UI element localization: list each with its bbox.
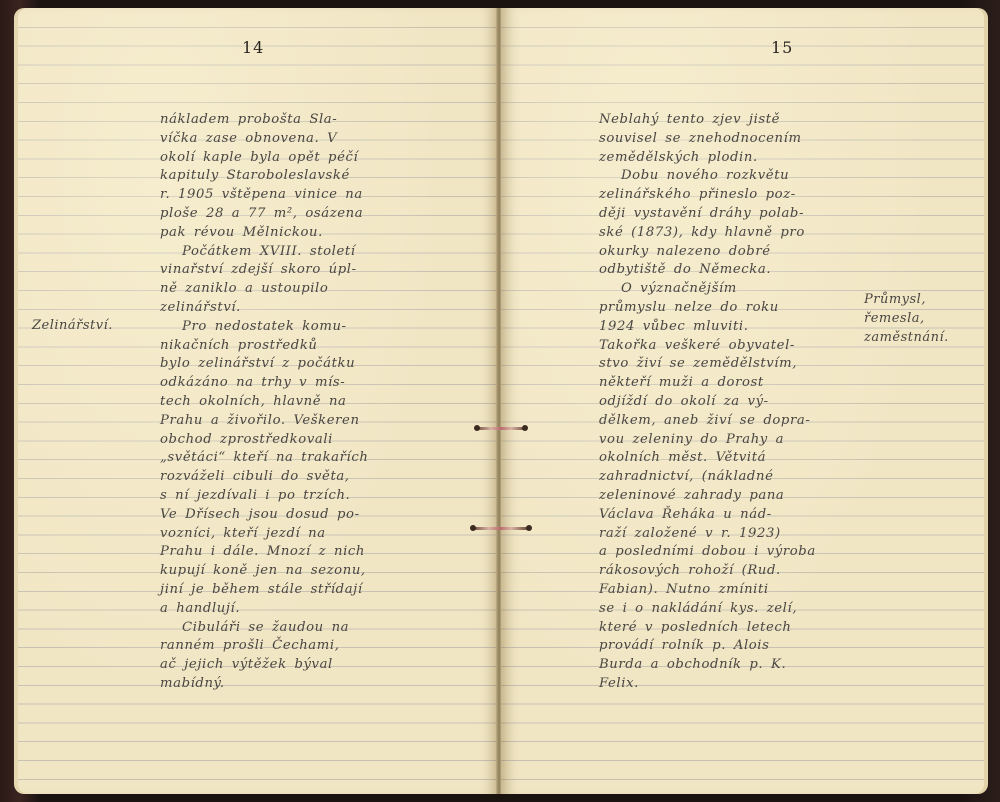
handwritten-line: víčka zase obnovena. V — [160, 130, 368, 149]
handwritten-line: kapituly Staroboleslavské — [160, 167, 368, 186]
handwritten-line: Neblahý tento zjev jistě — [599, 111, 816, 130]
handwritten-line: zelinářského přineslo poz- — [599, 186, 816, 205]
stitch-hole — [470, 525, 476, 531]
handwritten-line: ské (1873), kdy hlavně pro — [599, 224, 816, 243]
handwritten-line: odjíždí do okolí za vý- — [599, 393, 816, 412]
handwritten-line: Ve Dřísech jsou dosud po- — [160, 506, 368, 525]
handwritten-line: raží založené v r. 1923) — [599, 525, 816, 544]
page-number-right: 15 — [771, 38, 793, 57]
handwritten-line: tech okolních, hlavně na — [160, 393, 368, 412]
handwritten-line: odbytiště do Německa. — [599, 261, 816, 280]
handwritten-line: nikačních prostředků — [160, 337, 368, 356]
handwritten-line: ač jejich výtěžek býval — [160, 656, 368, 675]
handwritten-line: stvo živí se zemědělstvím, — [599, 355, 816, 374]
left-page: 14 Zelinářství. nákladem probošta Sla-ví… — [14, 8, 498, 794]
handwritten-line: Dobu nového rozkvětu — [599, 167, 816, 186]
handwritten-line: obchod zprostředkovali — [160, 431, 368, 450]
page-number-left: 14 — [242, 38, 264, 57]
margin-note-line: zaměstnání. — [864, 329, 949, 348]
handwritten-line: někteří muži a dorost — [599, 374, 816, 393]
handwritten-line: vinařství zdejší skoro úpl- — [160, 261, 368, 280]
margin-note-vegetable-growing: Zelinářství. — [32, 317, 113, 336]
handwritten-line: vozníci, kteří jezdí na — [160, 525, 368, 544]
handwritten-line: vou zeleniny do Prahy a — [599, 431, 816, 450]
margin-note-line: řemesla, — [864, 310, 949, 329]
handwritten-line: Václava Řeháka u nád- — [599, 506, 816, 525]
handwritten-line: okurky nalezeno dobré — [599, 243, 816, 262]
handwritten-line: mabídný. — [160, 675, 368, 694]
handwritten-line: zahradnictví, (nákladné — [599, 468, 816, 487]
margin-note-line: Průmysl, — [864, 291, 949, 310]
margin-note-industry: Průmysl, řemesla, zaměstnání. — [864, 291, 949, 347]
right-page: 15 Neblahý tento zjev jistěsouvisel se z… — [501, 8, 988, 794]
handwritten-line: rozváželi cibuli do světa, — [160, 468, 368, 487]
handwritten-line: Cibuláři se žaudou na — [160, 619, 368, 638]
stitch-hole — [474, 425, 480, 431]
handwritten-line: Prahu a živořilo. Veškeren — [160, 412, 368, 431]
handwritten-line: dělkem, aneb živí se dopra- — [599, 412, 816, 431]
handwritten-line: 1924 vůbec mluviti. — [599, 318, 816, 337]
handwritten-line: Takořka veškeré obyvatel- — [599, 337, 816, 356]
handwritten-line: se i o nakládání kys. zelí, — [599, 600, 816, 619]
handwritten-line: kupují koně jen na sezonu, — [160, 562, 368, 581]
handwritten-line: ranném prošli Čechami, — [160, 637, 368, 656]
handwritten-line: Počátkem XVIII. století — [160, 243, 368, 262]
handwritten-line: O význačnějším — [599, 280, 816, 299]
stitch-hole — [522, 425, 528, 431]
handwritten-line: a handlují. — [160, 600, 368, 619]
handwritten-line: ně zaniklo a ustoupilo — [160, 280, 368, 299]
handwritten-line: s ní jezdívali i po trzích. — [160, 487, 368, 506]
handwritten-line: Felix. — [599, 675, 816, 694]
handwritten-line: souvisel se znehodnocením — [599, 130, 816, 149]
handwritten-line: rákosových rohoží (Rud. — [599, 562, 816, 581]
handwritten-line: provádí rolník p. Alois — [599, 637, 816, 656]
handwritten-line: zeleninové zahrady pana — [599, 487, 816, 506]
right-page-text: Neblahý tento zjev jistěsouvisel se zneh… — [599, 111, 816, 694]
handwritten-line: pak révou Mělnickou. — [160, 224, 368, 243]
handwritten-line: průmyslu nelze do roku — [599, 299, 816, 318]
handwritten-line: Pro nedostatek komu- — [160, 318, 368, 337]
handwritten-line: okolí kaple byla opět péčí — [160, 149, 368, 168]
handwritten-line: okolních měst. Větvitá — [599, 449, 816, 468]
handwritten-line: nákladem probošta Sla- — [160, 111, 368, 130]
handwritten-line: jiní je během stále střídají — [160, 581, 368, 600]
handwritten-line: ději vystavění dráhy polab- — [599, 205, 816, 224]
handwritten-line: a posledními dobou i výroba — [599, 543, 816, 562]
handwritten-line: Fabian). Nutno zmíniti — [599, 581, 816, 600]
handwritten-line: r. 1905 vštěpena vinice na — [160, 186, 368, 205]
handwritten-line: zelinářství. — [160, 299, 368, 318]
binding-stitch-lower — [472, 527, 528, 530]
handwritten-line: ploše 28 a 77 m², osázena — [160, 205, 368, 224]
handwritten-line: „světáci“ kteří na trakařích — [160, 449, 368, 468]
handwritten-line: bylo zelinářství z počátku — [160, 355, 368, 374]
binding-stitch-upper — [476, 427, 526, 430]
handwritten-line: Prahu i dále. Mnozí z nich — [160, 543, 368, 562]
stitch-hole — [526, 525, 532, 531]
handwritten-line: odkázáno na trhy v mís- — [160, 374, 368, 393]
left-page-text: nákladem probošta Sla-víčka zase obnoven… — [160, 111, 368, 694]
handwritten-line: které v posledních letech — [599, 619, 816, 638]
handwritten-line: Burda a obchodník p. K. — [599, 656, 816, 675]
handwritten-line: zemědělských plodin. — [599, 149, 816, 168]
